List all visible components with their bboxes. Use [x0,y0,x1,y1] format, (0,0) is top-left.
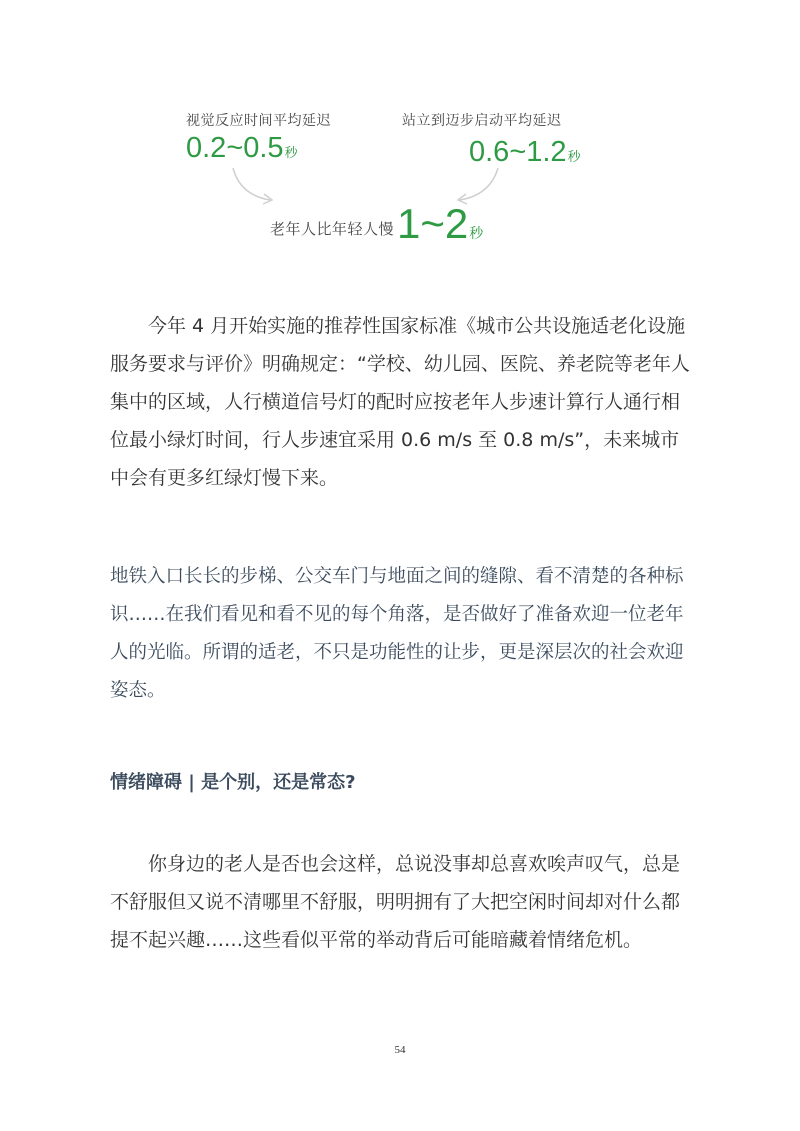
reaction-time-infographic: 视觉反应时间平均延迟 0.2~0.5秒 站立到迈步启动平均延迟 0.6~1.2秒… [0,0,800,260]
paragraph-emotion: 你身边的老人是否也会这样，总说没事却总喜欢唉声叹气，总是不舒服但又说不清哪里不舒… [110,845,690,959]
elderly-slower-label: 老年人比年轻人慢 [270,218,394,239]
elderly-slower-value: 1~2秒 [397,203,483,245]
page-number: 54 [0,1044,800,1056]
elderly-slower-unit: 秒 [469,225,483,241]
paragraph-standard: 今年 4 月开始实施的推荐性国家标准《城市公共设施适老化设施服务要求与评价》明确… [110,307,690,497]
elderly-slower-number: 1~2 [397,200,468,247]
quote-paragraph: 地铁入口长长的步梯、公交车门与地面之间的缝隙、看不清楚的各种标识……在我们看见和… [110,558,690,710]
section-heading: 情绪障碍 | 是个别，还是常态? [110,768,356,794]
